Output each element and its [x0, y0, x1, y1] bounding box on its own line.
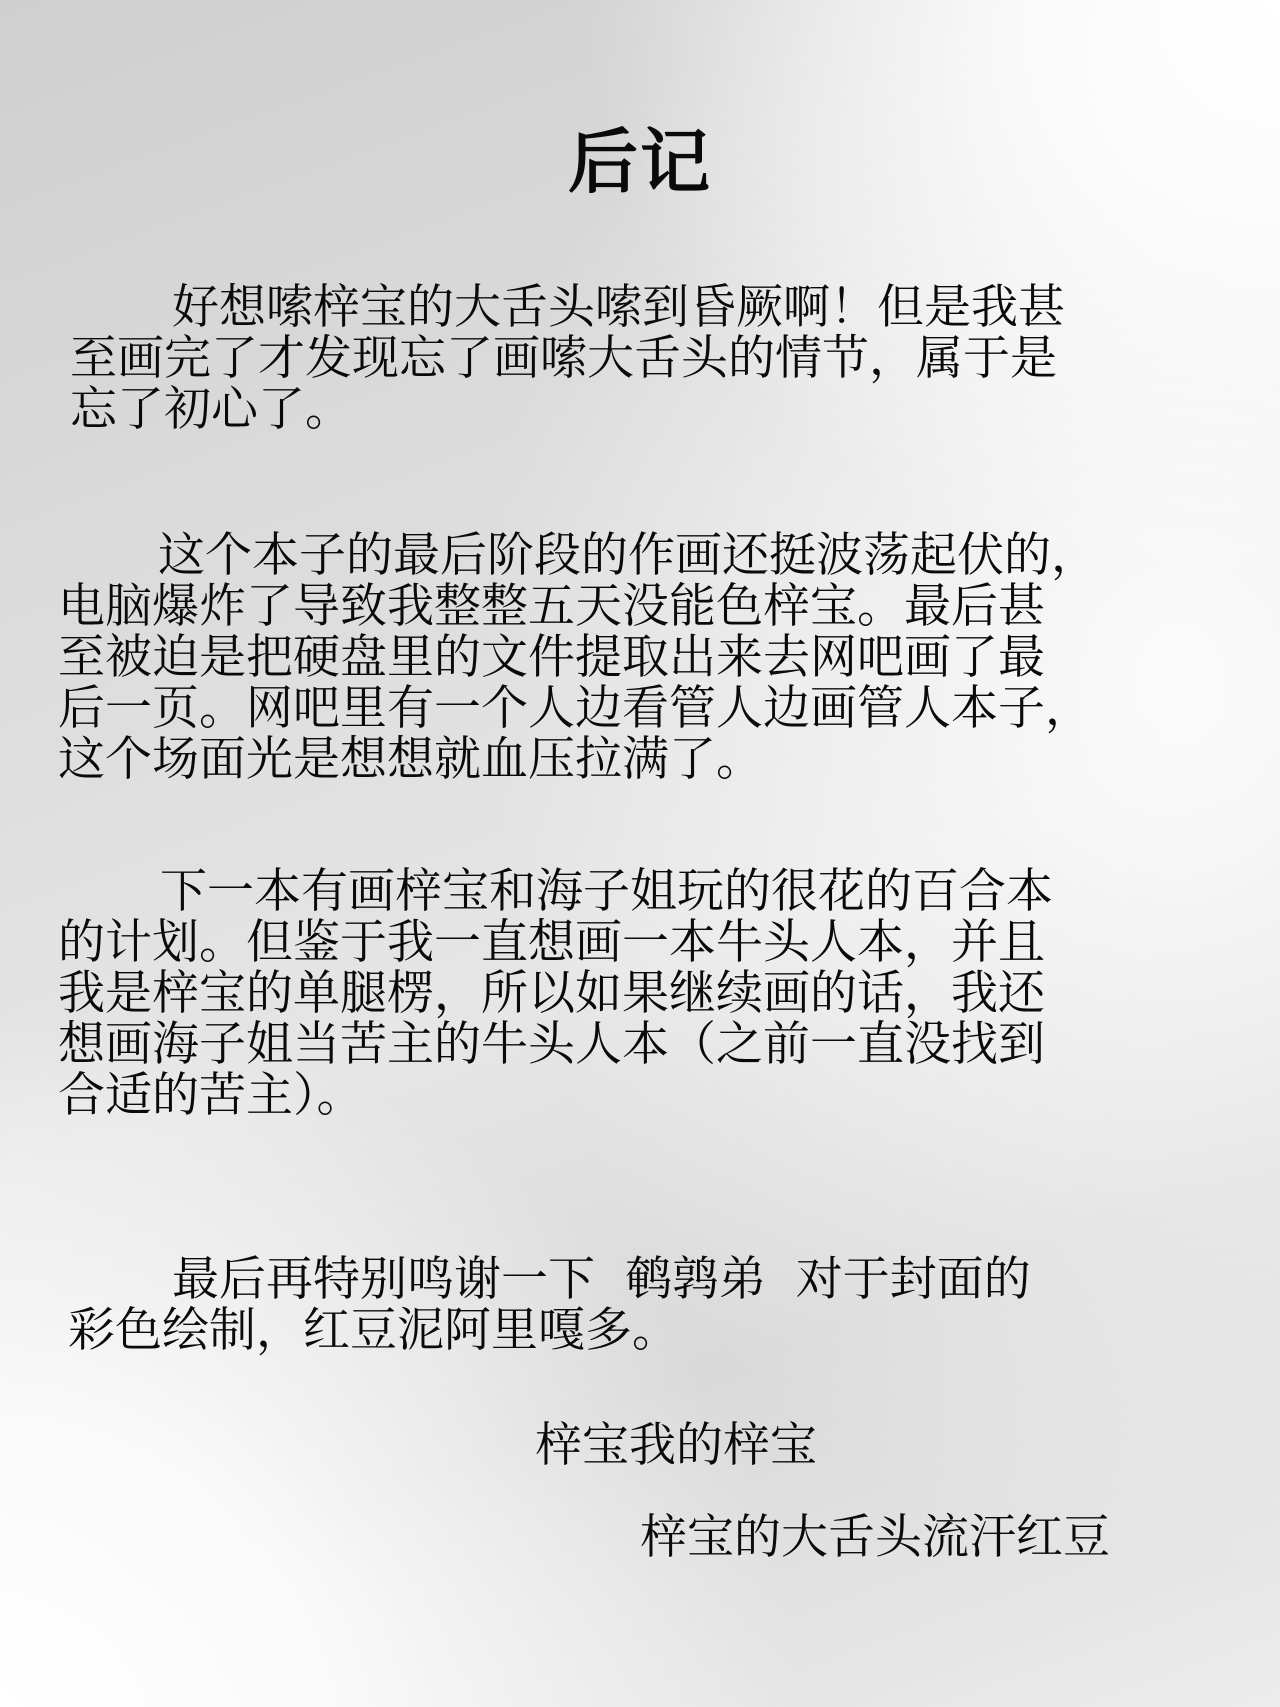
paragraph-line: 这个场面光是想想就血压拉满了。 — [58, 734, 1098, 785]
paragraph-2: 这个本子的最后阶段的作画还挺波荡起伏的， 电脑爆炸了导致我整整五天没能色梓宝。最… — [58, 530, 1098, 785]
paragraph-line: 合适的苦主）。 — [58, 1070, 1053, 1121]
paragraph-line: 好想嗦梓宝的大舌头嗦到昏厥啊！但是我甚 — [70, 282, 1065, 333]
page-title: 后记 — [0, 122, 1280, 202]
paragraph-line: 这个本子的最后阶段的作画还挺波荡起伏的， — [58, 530, 1098, 581]
paragraph-line: 下一本有画梓宝和海子姐玩的很花的百合本 — [58, 866, 1053, 917]
signature-line-1: 梓宝我的梓宝 — [535, 1420, 817, 1471]
paragraph-line: 忘了初心了。 — [70, 384, 1065, 435]
paragraph-line: 至画完了才发现忘了画嗦大舌头的情节，属于是 — [70, 333, 1065, 384]
paragraph-line: 我是梓宝的单腿楞，所以如果继续画的话，我还 — [58, 968, 1053, 1019]
paragraph-3: 下一本有画梓宝和海子姐玩的很花的百合本 的计划。但鉴于我一直想画一本牛头人本，并… — [58, 866, 1053, 1121]
paragraph-line: 想画海子姐当苦主的牛头人本（之前一直没找到 — [58, 1019, 1053, 1070]
paragraph-1: 好想嗦梓宝的大舌头嗦到昏厥啊！但是我甚 至画完了才发现忘了画嗦大舌头的情节，属于… — [70, 282, 1065, 435]
paragraph-4-acknowledgement: 最后再特别鸣谢一下 鹌鹑弟 对于封面的 彩色绘制，红豆泥阿里嘎多。 — [68, 1254, 1031, 1356]
paragraph-line: 电脑爆炸了导致我整整五天没能色梓宝。最后甚 — [58, 581, 1098, 632]
paragraph-line: 彩色绘制，红豆泥阿里嘎多。 — [68, 1305, 1031, 1356]
paragraph-line: 后一页。网吧里有一个人边看管人边画管人本子， — [58, 683, 1098, 734]
paragraph-line: 至被迫是把硬盘里的文件提取出来去网吧画了最 — [58, 632, 1098, 683]
signature-line-2: 梓宝的大舌头流汗红豆 — [640, 1512, 1110, 1563]
paragraph-line: 的计划。但鉴于我一直想画一本牛头人本，并且 — [58, 917, 1053, 968]
paragraph-line: 最后再特别鸣谢一下 鹌鹑弟 对于封面的 — [68, 1254, 1031, 1305]
afterword-page: 后记 好想嗦梓宝的大舌头嗦到昏厥啊！但是我甚 至画完了才发现忘了画嗦大舌头的情节… — [0, 0, 1280, 1707]
